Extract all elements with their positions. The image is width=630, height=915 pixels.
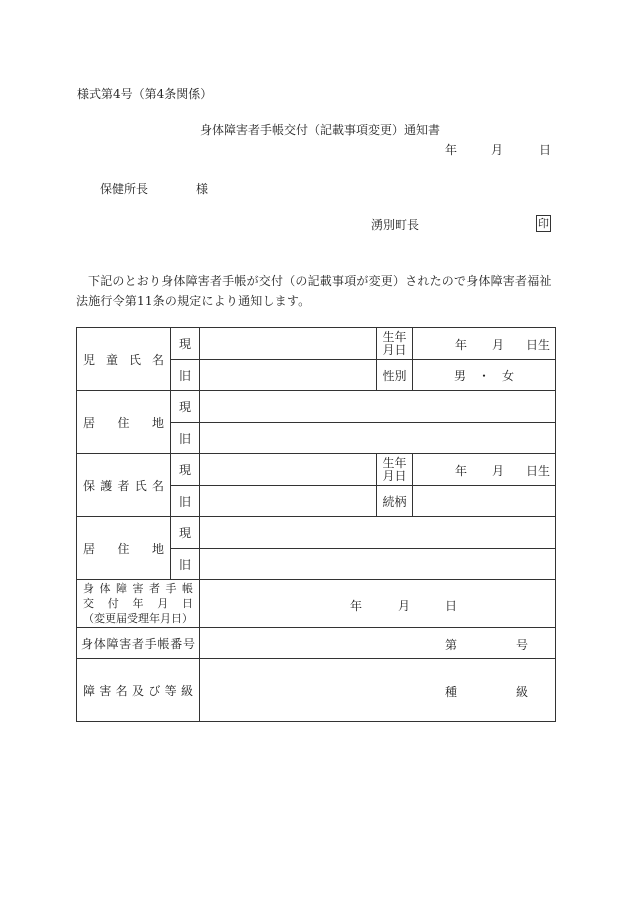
child-birthdate-field[interactable]: 年 月 日生 — [413, 328, 556, 360]
addressee-honorific: 様 — [196, 180, 208, 197]
body-text: 下記のとおり身体障害者手帳が交付（の記載事項が変更）されたので身体障害者福祉法施… — [76, 271, 556, 311]
child-address-old-label: 旧 — [171, 423, 200, 454]
disability-field[interactable]: 種 級 — [200, 659, 556, 722]
guardian-name-label: 保護者氏名 — [77, 454, 171, 517]
document-title: 身体障害者手帳交付（記載事項変更）通知書 — [200, 121, 440, 138]
child-name-label: 児童氏名 — [77, 328, 171, 391]
sex-choice[interactable]: 男 ・ 女 — [413, 360, 556, 391]
child-name-old-label: 旧 — [171, 360, 200, 391]
disability-label: 障害名及び等級 — [77, 659, 200, 722]
date-month-label: 月 — [491, 141, 503, 158]
guardian-address-current-label: 現 — [171, 517, 200, 549]
guardian-name-current-label: 現 — [171, 454, 200, 486]
guardian-address-current-field[interactable] — [200, 517, 556, 549]
guardian-address-label: 居住地 — [77, 517, 171, 580]
guardian-name-old-label: 旧 — [171, 486, 200, 517]
date-year-label: 年 — [445, 141, 457, 158]
form-number: 様式第4号（第4条関係） — [77, 85, 212, 102]
date-day-label: 日 — [539, 141, 551, 158]
child-address-current-label: 現 — [171, 391, 200, 423]
handbook-number-label: 身体障害者手帳番号 — [77, 628, 200, 659]
child-address-old-field[interactable] — [200, 423, 556, 454]
seal-mark: 印 — [536, 215, 551, 232]
child-address-current-field[interactable] — [200, 391, 556, 423]
child-name-current-label: 現 — [171, 328, 200, 360]
notification-form-table: 児童氏名 現 生年月日 年 月 日生 旧 性別 男 ・ 女 居住地 現 旧 保護… — [76, 327, 556, 722]
sender-name: 湧別町長 — [371, 216, 419, 233]
relation-field[interactable] — [413, 486, 556, 517]
child-address-label: 居住地 — [77, 391, 171, 454]
issue-date-field[interactable]: 年 月 日 — [200, 580, 556, 628]
guardian-address-old-field[interactable] — [200, 549, 556, 580]
guardian-name-old-field[interactable] — [200, 486, 377, 517]
guardian-name-current-field[interactable] — [200, 454, 377, 486]
child-name-current-field[interactable] — [200, 328, 377, 360]
child-birth-label: 生年月日 — [377, 328, 413, 360]
handbook-number-field[interactable]: 第 号 — [200, 628, 556, 659]
guardian-address-old-label: 旧 — [171, 549, 200, 580]
relation-label: 続柄 — [377, 486, 413, 517]
addressee-name: 保健所長 — [100, 180, 148, 197]
sex-label: 性別 — [377, 360, 413, 391]
guardian-birth-label: 生年月日 — [377, 454, 413, 486]
child-name-old-field[interactable] — [200, 360, 377, 391]
guardian-birthdate-field[interactable]: 年 月 日生 — [413, 454, 556, 486]
issue-date-label: 身体障害者手帳 交付年月日 （変更届受理年月日） — [77, 580, 200, 628]
